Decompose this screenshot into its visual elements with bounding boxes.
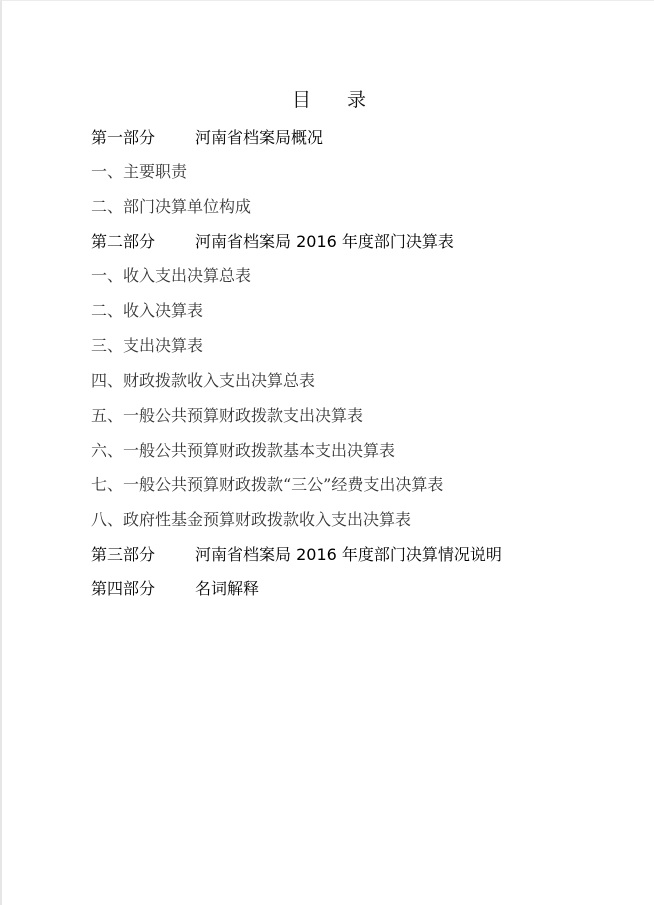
toc-part-4: 第四部分名词解释 [91, 576, 259, 599]
toc-item: 二、收入决算表 [91, 298, 203, 321]
title-char-2: 录 [347, 89, 366, 111]
toc-item: 七、一般公共预算财政拨款“三公”经费支出决算表 [91, 472, 443, 495]
part-label: 第四部分 [91, 576, 195, 599]
toc-item: 一、主要职责 [91, 159, 187, 182]
toc-item: 四、财政拨款收入支出决算总表 [91, 368, 315, 391]
part-title: 河南省档案局概况 [195, 128, 323, 147]
toc-item: 一、收入支出决算总表 [91, 263, 251, 286]
toc-title: 目录 [2, 85, 654, 112]
part-title: 河南省档案局 2016 年度部门决算表 [195, 232, 454, 251]
document-page: 目录 第一部分河南省档案局概况 一、主要职责 二、部门决算单位构成 第二部分河南… [0, 0, 654, 905]
part-label: 第二部分 [91, 229, 195, 252]
part-label: 第一部分 [91, 125, 195, 148]
toc-item: 五、一般公共预算财政拨款支出决算表 [91, 403, 363, 426]
toc-part-2: 第二部分河南省档案局 2016 年度部门决算表 [91, 229, 454, 252]
toc-item: 三、支出决算表 [91, 333, 203, 356]
title-char-1: 目 [292, 89, 311, 111]
toc-item: 八、政府性基金预算财政拨款收入支出决算表 [91, 507, 411, 530]
part-label: 第三部分 [91, 542, 195, 565]
toc-part-3: 第三部分河南省档案局 2016 年度部门决算情况说明 [91, 542, 502, 565]
part-title: 河南省档案局 2016 年度部门决算情况说明 [195, 545, 502, 564]
part-title: 名词解释 [195, 579, 259, 598]
toc-item: 二、部门决算单位构成 [91, 194, 251, 217]
toc-item: 六、一般公共预算财政拨款基本支出决算表 [91, 438, 395, 461]
toc-part-1: 第一部分河南省档案局概况 [91, 125, 323, 148]
